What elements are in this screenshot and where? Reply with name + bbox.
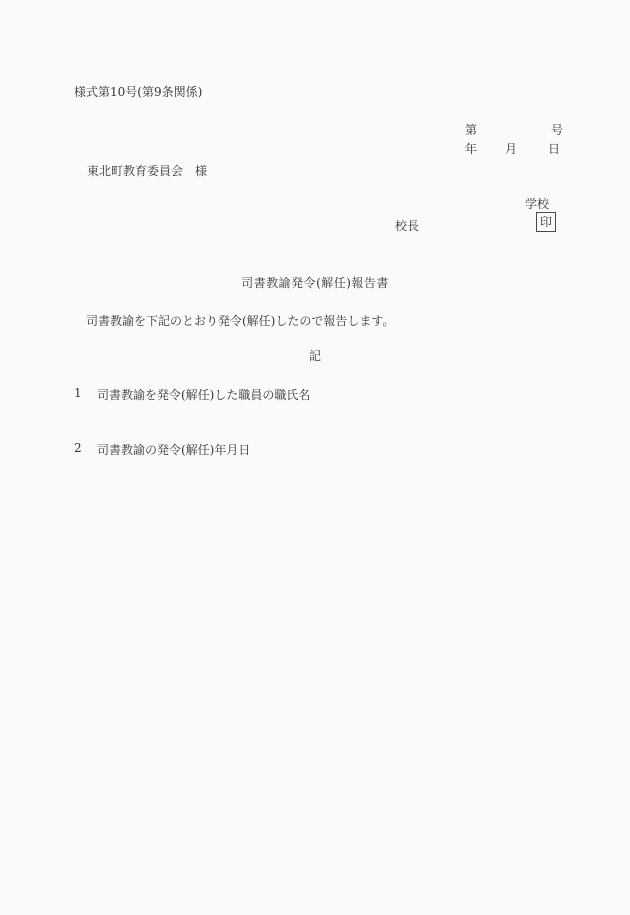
statement: 司書教諭を下記のとおり発令(解任)したので報告します。	[86, 312, 394, 329]
seal-stamp: 印	[540, 216, 552, 228]
form-number: 様式第10号(第9条関係)	[74, 83, 202, 100]
document-title: 司書教諭発令(解任)報告書	[0, 274, 630, 291]
item-number: 2	[74, 441, 82, 455]
date-day-label: 日	[548, 140, 560, 157]
date-month-label: 月	[505, 140, 517, 157]
doc-number-prefix: 第	[465, 121, 477, 138]
item-number: 1	[74, 386, 82, 400]
item-text: 司書教諭の発令(解任)年月日	[97, 441, 250, 458]
school-label: 学校	[525, 195, 549, 212]
principal-label: 校長	[395, 217, 419, 234]
seal-box: 印	[536, 212, 556, 232]
addressee: 東北町教育委員会 様	[87, 162, 207, 179]
date-year-label: 年	[465, 140, 477, 157]
item-text: 司書教諭を発令(解任)した職員の職氏名	[97, 386, 310, 403]
doc-number-suffix: 号	[551, 121, 563, 138]
record-marker: 記	[0, 347, 630, 364]
document-page: 様式第10号(第9条関係) 第 号 年 月 日 東北町教育委員会 様 学校 校長…	[0, 0, 630, 915]
